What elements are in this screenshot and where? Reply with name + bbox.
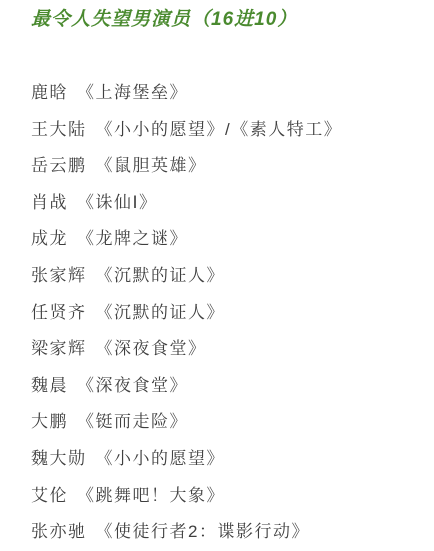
work-title: 《跳舞吧！大象》 [77, 486, 225, 505]
actor-name: 岳云鹏 [31, 156, 87, 175]
list-item: 鹿晗《上海堡垒》 [31, 82, 424, 104]
list-item: 张家辉《沉默的证人》 [31, 265, 424, 287]
work-title: 《铤而走险》 [77, 412, 188, 431]
actor-name: 魏晨 [31, 376, 68, 395]
list-item: 岳云鹏《鼠胆英雄》 [31, 155, 424, 177]
actor-name: 张家辉 [31, 266, 87, 285]
list-item: 魏晨《深夜食堂》 [31, 375, 424, 397]
page-title: 最令人失望男演员（16进10） [31, 8, 424, 32]
actor-list: 鹿晗《上海堡垒》王大陆《小小的愿望》/《素人特工》岳云鹏《鼠胆英雄》肖战《诛仙Ⅰ… [31, 82, 424, 543]
list-item: 肖战《诛仙Ⅰ》 [31, 192, 424, 214]
actor-name: 肖战 [31, 193, 68, 212]
list-item: 梁家辉《深夜食堂》 [31, 338, 424, 360]
work-title: 《龙牌之谜》 [77, 229, 188, 248]
work-title: 《沉默的证人》 [96, 303, 226, 322]
list-item: 大鹏《铤而走险》 [31, 411, 424, 433]
list-item: 成龙《龙牌之谜》 [31, 228, 424, 250]
actor-name: 成龙 [31, 229, 68, 248]
list-item: 魏大勋《小小的愿望》 [31, 448, 424, 470]
actor-name: 任贤齐 [31, 303, 87, 322]
work-title: 《使徒行者2：谍影行动》 [96, 522, 310, 541]
actor-name: 魏大勋 [31, 449, 87, 468]
list-item: 王大陆《小小的愿望》/《素人特工》 [31, 119, 424, 141]
work-title: 《沉默的证人》 [96, 266, 226, 285]
work-title: 《诛仙Ⅰ》 [77, 193, 158, 212]
actor-name: 艾伦 [31, 486, 68, 505]
actor-name: 鹿晗 [31, 83, 68, 102]
work-title: 《小小的愿望》 [96, 449, 226, 468]
work-title: 《鼠胆英雄》 [96, 156, 207, 175]
disappointing-actors-list-page: 最令人失望男演员（16进10） 鹿晗《上海堡垒》王大陆《小小的愿望》/《素人特工… [0, 0, 434, 551]
work-title: 《深夜食堂》 [77, 376, 188, 395]
work-title: 《深夜食堂》 [96, 339, 207, 358]
list-item: 艾伦《跳舞吧！大象》 [31, 485, 424, 507]
actor-name: 大鹏 [31, 412, 68, 431]
work-title: 《小小的愿望》/《素人特工》 [96, 120, 343, 139]
list-item: 任贤齐《沉默的证人》 [31, 302, 424, 324]
actor-name: 张亦驰 [31, 522, 87, 541]
actor-name: 梁家辉 [31, 339, 87, 358]
list-item: 张亦驰《使徒行者2：谍影行动》 [31, 521, 424, 543]
work-title: 《上海堡垒》 [77, 83, 188, 102]
actor-name: 王大陆 [31, 120, 87, 139]
